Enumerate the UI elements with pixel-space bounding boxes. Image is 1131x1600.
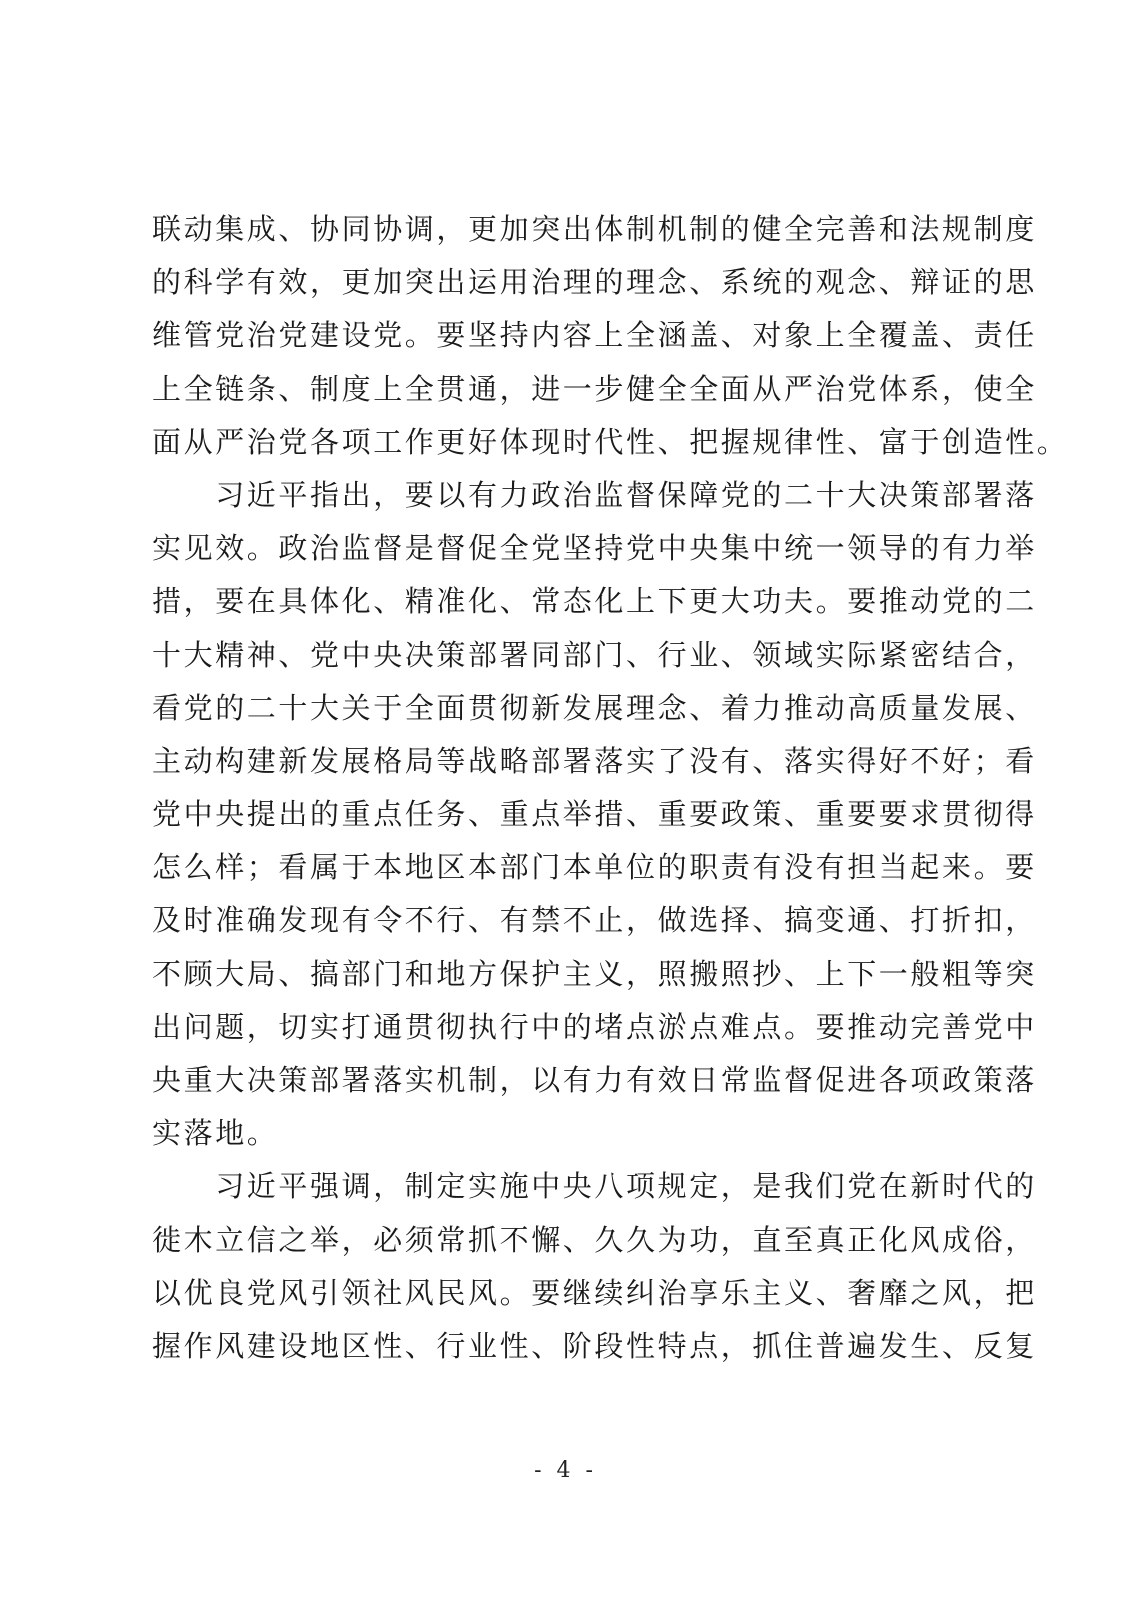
paragraph-start-line: 习近平强调，制定实施中央八项规定，是我们党在新时代的 bbox=[152, 1160, 992, 1213]
text-line: 不顾大局、搞部门和地方保护主义，照搬照抄、上下一般粗等突 bbox=[152, 948, 992, 1001]
text-line: 握作风建设地区性、行业性、阶段性特点，抓住普遍发生、反复 bbox=[152, 1320, 992, 1373]
text-line: 以优良党风引领社风民风。要继续纠治享乐主义、奢靡之风，把 bbox=[152, 1267, 992, 1320]
text-line: 维管党治党建设党。要坚持内容上全涵盖、对象上全覆盖、责任 bbox=[152, 309, 992, 362]
body-text: 联动集成、协同协调，更加突出体制机制的健全完善和法规制度 的科学有效，更加突出运… bbox=[152, 203, 992, 1373]
text-line: 怎么样；看属于本地区本部门本单位的职责有没有担当起来。要 bbox=[152, 841, 992, 894]
text-line: 上全链条、制度上全贯通，进一步健全全面从严治党体系，使全 bbox=[152, 363, 992, 416]
text-line: 及时准确发现有令不行、有禁不止，做选择、搞变通、打折扣， bbox=[152, 894, 992, 947]
text-line: 措，要在具体化、精准化、常态化上下更大功夫。要推动党的二 bbox=[152, 575, 992, 628]
text-line: 的科学有效，更加突出运用治理的理念、系统的观念、辩证的思 bbox=[152, 256, 992, 309]
text-line: 联动集成、协同协调，更加突出体制机制的健全完善和法规制度 bbox=[152, 203, 992, 256]
page-number: - 4 - bbox=[0, 1458, 1131, 1483]
text-line: 十大精神、党中央决策部署同部门、行业、领域实际紧密结合， bbox=[152, 629, 992, 682]
text-line: 党中央提出的重点任务、重点举措、重要政策、重要要求贯彻得 bbox=[152, 788, 992, 841]
text-line: 看党的二十大关于全面贯彻新发展理念、着力推动高质量发展、 bbox=[152, 682, 992, 735]
text-line: 徙木立信之举，必须常抓不懈、久久为功，直至真正化风成俗， bbox=[152, 1214, 992, 1267]
text-line: 实落地。 bbox=[152, 1107, 992, 1160]
paragraph-start-line: 习近平指出，要以有力政治监督保障党的二十大决策部署落 bbox=[152, 469, 992, 522]
text-line: 央重大决策部署落实机制，以有力有效日常监督促进各项政策落 bbox=[152, 1054, 992, 1107]
text-line: 出问题，切实打通贯彻执行中的堵点淤点难点。要推动完善党中 bbox=[152, 1001, 992, 1054]
text-line: 面从严治党各项工作更好体现时代性、把握规律性、富于创造性。 bbox=[152, 416, 992, 469]
document-page: 联动集成、协同协调，更加突出体制机制的健全完善和法规制度 的科学有效，更加突出运… bbox=[0, 0, 1131, 1600]
text-line: 实见效。政治监督是督促全党坚持党中央集中统一领导的有力举 bbox=[152, 522, 992, 575]
text-line: 主动构建新发展格局等战略部署落实了没有、落实得好不好；看 bbox=[152, 735, 992, 788]
